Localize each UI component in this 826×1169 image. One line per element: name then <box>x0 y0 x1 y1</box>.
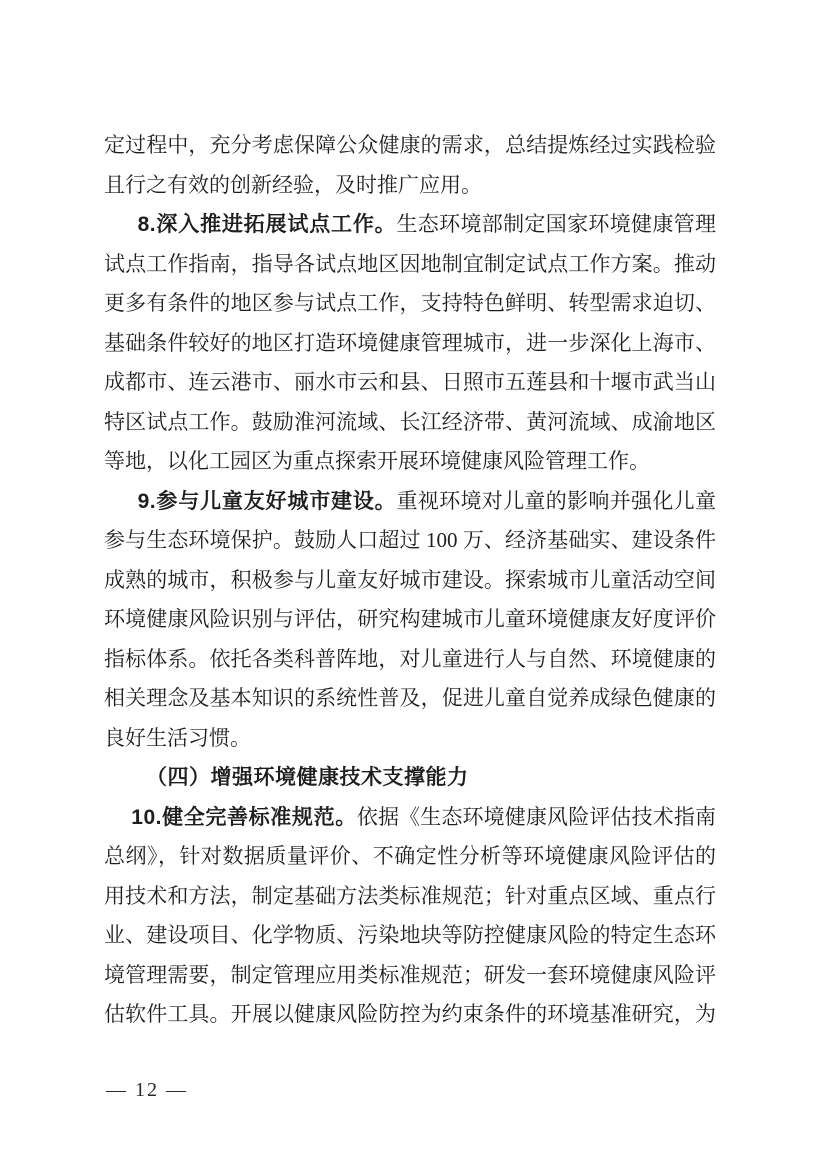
line-text: 更多有条件的地区参与试点工作，支持特色鲜明、转型需求迫切、 <box>104 291 716 315</box>
text-line: 估软件工具。开展以健康风险防控为约束条件的环境基准研究，为 <box>104 995 716 1035</box>
text-line: 等地，以化工园区为重点探索开展环境健康风险管理工作。 <box>104 442 716 482</box>
line-text: 试点工作指南，指导各试点地区因地制宜制定试点工作方案。推动 <box>104 252 716 276</box>
line-text: 基础条件较好的地区打造环境健康管理城市，进一步深化上海市、 <box>104 331 716 355</box>
text-line: 特区试点工作。鼓励淮河流域、长江经济带、黄河流域、成渝地区 <box>104 403 716 443</box>
line-text: 成都市、连云港市、丽水市云和县、日照市五莲县和十堰市武当山 <box>104 370 716 394</box>
text-line: 成熟的城市，积极参与儿童友好城市建设。探索城市儿童活动空间 <box>104 561 716 601</box>
text-line: 8.深入推进拓展试点工作。生态环境部制定国家环境健康管理 <box>104 205 716 245</box>
paragraph-heading: 10.健全完善标准规范。 <box>131 806 357 829</box>
line-text: 用技术和方法，制定基础方法类标准规范；针对重点区域、重点行 <box>104 884 716 908</box>
line-text: 指标体系。依托各类科普阵地，对儿童进行人与自然、环境健康的 <box>104 647 716 671</box>
text-line: 总纲》，针对数据质量评价、不确定性分析等环境健康风险评估的通 <box>104 837 716 877</box>
line-text: 总纲》，针对数据质量评价、不确定性分析等环境健康风险评估的通 <box>104 844 716 877</box>
line-text: 且行之有效的创新经验，及时推广应用。 <box>104 173 482 197</box>
line-text: 境管理需要，制定管理应用类标准规范；研发一套环境健康风险评 <box>104 963 716 987</box>
line-text: 业、建设项目、化学物质、污染地块等防控健康风险的特定生态环 <box>104 923 716 947</box>
text-line: 相关理念及基本知识的系统性普及，促进儿童自觉养成绿色健康的 <box>104 679 716 719</box>
text-line: 成都市、连云港市、丽水市云和县、日照市五莲县和十堰市武当山 <box>104 363 716 403</box>
line-text: 估软件工具。开展以健康风险防控为约束条件的环境基准研究，为 <box>104 1002 716 1026</box>
line-text: 定过程中，充分考虑保障公众健康的需求，总结提炼经过实践检验 <box>104 133 716 157</box>
line-text: 生态环境部制定国家环境健康管理 <box>396 212 716 236</box>
line-text: 参与生态环境保护。鼓励人口超过 100 万、经济基础实、建设条件 <box>104 528 716 552</box>
line-text: 相关理念及基本知识的系统性普及，促进儿童自觉养成绿色健康的 <box>104 686 716 710</box>
text-line: （四）增强环境健康技术支撑能力 <box>104 758 716 798</box>
text-line: 参与生态环境保护。鼓励人口超过 100 万、经济基础实、建设条件 <box>104 521 716 561</box>
text-line: 9.参与儿童友好城市建设。重视环境对儿童的影响并强化儿童 <box>104 482 716 522</box>
text-line: 用技术和方法，制定基础方法类标准规范；针对重点区域、重点行 <box>104 877 716 917</box>
paragraph-heading: 8.深入推进拓展试点工作。 <box>138 213 397 236</box>
text-line: 试点工作指南，指导各试点地区因地制宜制定试点工作方案。推动 <box>104 245 716 285</box>
text-line: 且行之有效的创新经验，及时推广应用。 <box>104 166 716 206</box>
text-line: 定过程中，充分考虑保障公众健康的需求，总结提炼经过实践检验 <box>104 126 716 166</box>
line-text: 成熟的城市，积极参与儿童友好城市建设。探索城市儿童活动空间 <box>104 568 716 592</box>
page-number: — 12 — <box>106 1079 188 1101</box>
line-text: 依据《生态环境健康风险评估技术指南 <box>357 805 716 829</box>
line-text: 特区试点工作。鼓励淮河流域、长江经济带、黄河流域、成渝地区 <box>104 410 716 434</box>
text-line: 指标体系。依托各类科普阵地，对儿童进行人与自然、环境健康的 <box>104 640 716 680</box>
line-text: 环境健康风险识别与评估，研究构建城市儿童环境健康友好度评价 <box>104 607 716 631</box>
text-line: 境管理需要，制定管理应用类标准规范；研发一套环境健康风险评 <box>104 956 716 996</box>
line-text: 重视环境对儿童的影响并强化儿童 <box>396 489 716 513</box>
paragraph-heading: （四）增强环境健康技术支撑能力 <box>146 766 469 789</box>
text-line: 良好生活习惯。 <box>104 719 716 759</box>
text-line: 环境健康风险识别与评估，研究构建城市儿童环境健康友好度评价 <box>104 600 716 640</box>
line-text: 等地，以化工园区为重点探索开展环境健康风险管理工作。 <box>104 449 650 473</box>
line-text: 良好生活习惯。 <box>104 726 251 750</box>
text-line: 基础条件较好的地区打造环境健康管理城市，进一步深化上海市、 <box>104 324 716 364</box>
text-line: 更多有条件的地区参与试点工作，支持特色鲜明、转型需求迫切、 <box>104 284 716 324</box>
text-line: 业、建设项目、化学物质、污染地块等防控健康风险的特定生态环 <box>104 916 716 956</box>
document-body: 定过程中，充分考虑保障公众健康的需求，总结提炼经过实践检验且行之有效的创新经验，… <box>104 126 716 1035</box>
paragraph-heading: 9.参与儿童友好城市建设。 <box>138 490 397 513</box>
text-line: 10.健全完善标准规范。依据《生态环境健康风险评估技术指南 <box>104 798 716 838</box>
document-page: 定过程中，充分考虑保障公众健康的需求，总结提炼经过实践检验且行之有效的创新经验，… <box>0 0 826 1169</box>
page-footer: — 12 — <box>106 1076 188 1104</box>
